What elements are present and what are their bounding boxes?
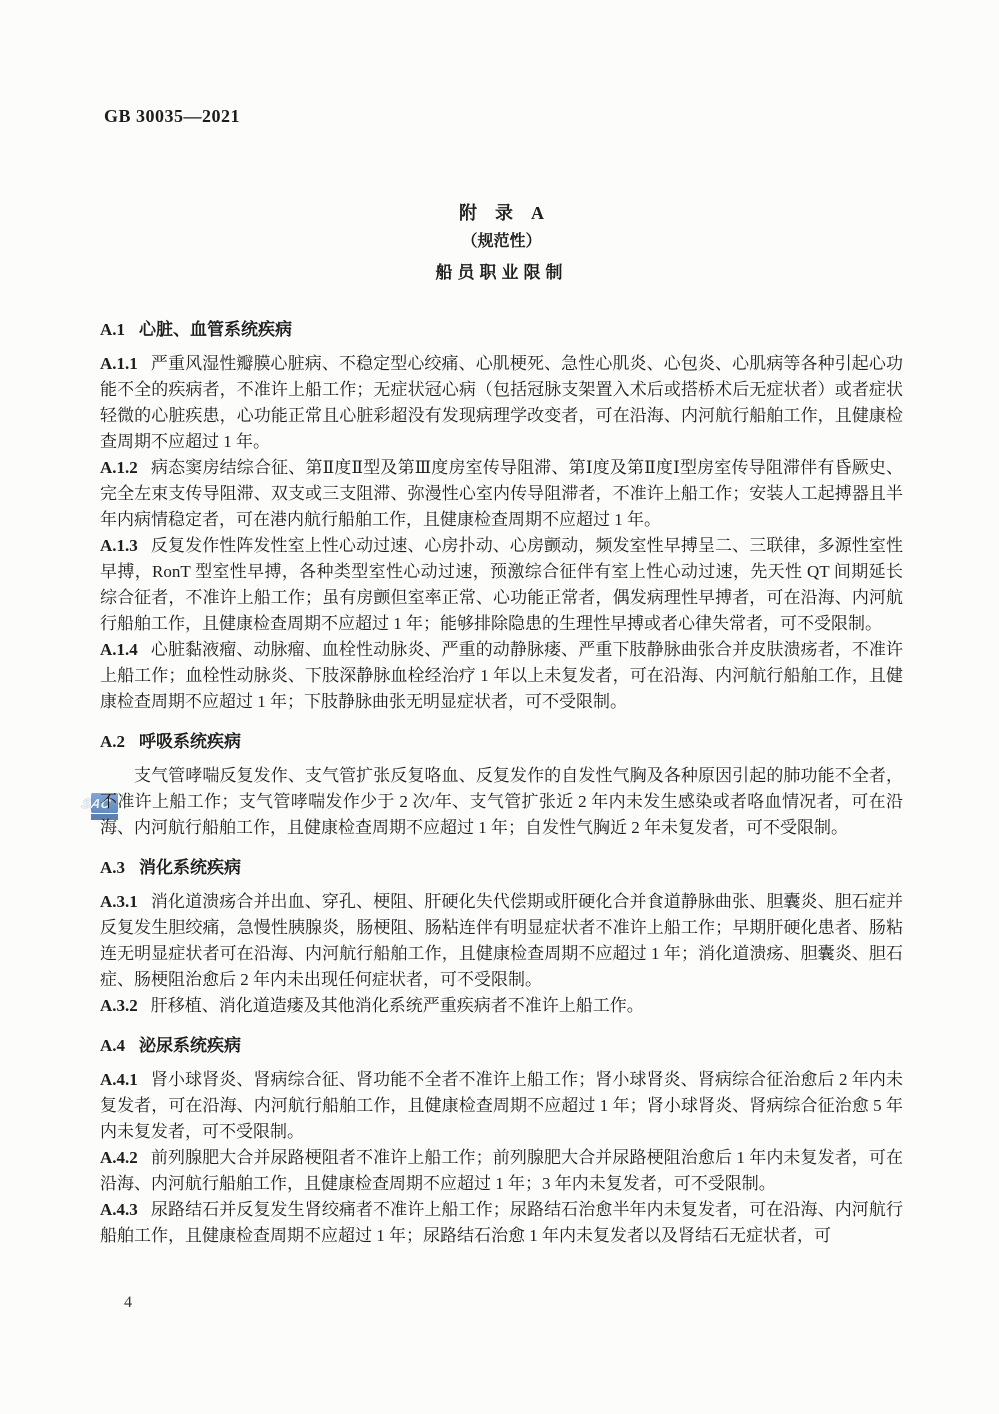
- clause-a32: A.3.2肝移植、消化道造瘘及其他消化系统严重疾病者不准许上船工作。: [100, 993, 903, 1019]
- clause-text: 反复发作性阵发性室上性心动过速、心房扑动、心房颤动，频发室性早搏呈二、三联律，多…: [100, 536, 903, 633]
- clause-number: A.1.2: [100, 458, 138, 477]
- clause-a41: A.4.1肾小球肾炎、肾病综合征、肾功能不全者不准许上船工作；肾小球肾炎、肾病综…: [100, 1067, 903, 1145]
- appendix-title: 附 录 A: [100, 200, 903, 226]
- section-heading-a2: A.2呼吸系统疾病: [100, 729, 903, 755]
- clause-text: 消化道溃疡合并出血、穿孔、梗阻、肝硬化失代偿期或肝硬化合并食道静脉曲张、胆囊炎、…: [100, 892, 903, 989]
- section-number: A.2: [100, 732, 125, 751]
- clause-text: 肝移植、消化道造瘘及其他消化系统严重疾病者不准许上船工作。: [151, 996, 644, 1015]
- clause-number: A.1.1: [100, 354, 138, 373]
- appendix-name: 船员职业限制: [100, 260, 903, 286]
- clause-number: A.1.3: [100, 536, 138, 555]
- clause-text: 病态窦房结综合征、第Ⅱ度Ⅱ型及第Ⅲ度房室传导阻滞、第Ⅰ度及第Ⅱ度Ⅰ型房室传导阻滞…: [100, 458, 903, 529]
- clause-number: A.3.2: [100, 996, 138, 1015]
- clause-a13: A.1.3反复发作性阵发性室上性心动过速、心房扑动、心房颤动，频发室性早搏呈二、…: [100, 533, 903, 637]
- document-page: GB 30035—2021 SAC 附 录 A （规范性） 船员职业限制 A.1…: [0, 0, 999, 1414]
- clause-number: A.4.3: [100, 1200, 138, 1219]
- section-heading-a4: A.4泌尿系统疾病: [100, 1033, 903, 1059]
- page-content: 附 录 A （规范性） 船员职业限制 A.1心脏、血管系统疾病 A.1.1严重风…: [100, 0, 903, 1249]
- section-number: A.3: [100, 858, 125, 877]
- section-heading-a3: A.3消化系统疾病: [100, 855, 903, 881]
- section-title: 消化系统疾病: [139, 858, 241, 877]
- section-number: A.1: [100, 320, 125, 339]
- section-title: 呼吸系统疾病: [139, 732, 241, 751]
- clause-number: A.3.1: [100, 892, 138, 911]
- clause-a14: A.1.4心脏黏液瘤、动脉瘤、血栓性动脉炎、严重的动静脉瘘、严重下肢静脉曲张合并…: [100, 637, 903, 715]
- clause-text: 前列腺肥大合并尿路梗阻者不准许上船工作；前列腺肥大合并尿路梗阻治愈后 1 年内未…: [100, 1148, 903, 1193]
- section-number: A.4: [100, 1036, 125, 1055]
- clause-a31: A.3.1消化道溃疡合并出血、穿孔、梗阻、肝硬化失代偿期或肝硬化合并食道静脉曲张…: [100, 889, 903, 993]
- clause-number: A.4.2: [100, 1148, 138, 1167]
- clause-number: A.4.1: [100, 1070, 138, 1089]
- clause-a12: A.1.2病态窦房结综合征、第Ⅱ度Ⅱ型及第Ⅲ度房室传导阻滞、第Ⅰ度及第Ⅱ度Ⅰ型房…: [100, 455, 903, 533]
- page-number: 4: [124, 1294, 132, 1312]
- section-heading-a1: A.1心脏、血管系统疾病: [100, 317, 903, 343]
- appendix-subtitle: （规范性）: [100, 230, 903, 254]
- clause-a11: A.1.1严重风湿性瓣膜心脏病、不稳定型心绞痛、心肌梗死、急性心肌炎、心包炎、心…: [100, 351, 903, 455]
- section-title: 心脏、血管系统疾病: [139, 320, 292, 339]
- section-title: 泌尿系统疾病: [139, 1036, 241, 1055]
- clause-text: 心脏黏液瘤、动脉瘤、血栓性动脉炎、严重的动静脉瘘、严重下肢静脉曲张合并皮肤溃疡者…: [100, 640, 903, 711]
- clause-a42: A.4.2前列腺肥大合并尿路梗阻者不准许上船工作；前列腺肥大合并尿路梗阻治愈后 …: [100, 1145, 903, 1197]
- clause-text: 支气管哮喘反复发作、支气管扩张反复咯血、反复发作的自发性气胸及各种原因引起的肺功…: [100, 766, 903, 837]
- clause-text: 肾小球肾炎、肾病综合征、肾功能不全者不准许上船工作；肾小球肾炎、肾病综合征治愈后…: [100, 1070, 903, 1141]
- clause-text: 尿路结石并反复发生肾绞痛者不准许上船工作；尿路结石治愈半年内未复发者，可在沿海、…: [100, 1200, 903, 1245]
- clause-a2-body: 支气管哮喘反复发作、支气管扩张反复咯血、反复发作的自发性气胸及各种原因引起的肺功…: [100, 763, 903, 841]
- clause-a43: A.4.3尿路结石并反复发生肾绞痛者不准许上船工作；尿路结石治愈半年内未复发者，…: [100, 1197, 903, 1249]
- clause-text: 严重风湿性瓣膜心脏病、不稳定型心绞痛、心肌梗死、急性心肌炎、心包炎、心肌病等各种…: [100, 354, 903, 451]
- clause-number: A.1.4: [100, 640, 138, 659]
